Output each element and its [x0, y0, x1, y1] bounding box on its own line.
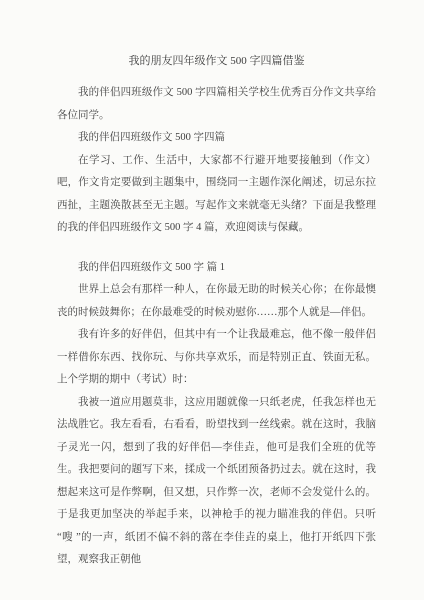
document-title: 我的朋友四年级作文 500 字四篇借鉴	[57, 50, 376, 72]
section-heading-pian1: 我的伴侣四班级作文 500 字 篇 1	[57, 257, 376, 280]
essay-paragraph-2: 我有许多的好伴侣，但其中有一个让我最难忘，他不像一般伴侣一样借你东西、找你玩、与…	[57, 324, 376, 392]
preface-paragraph: 在学习、工作、生活中，大家都不行避开地要接触到（作文）吧，作文肯定要做到主题集中…	[57, 150, 376, 240]
document-body: 我的伴侣四班级作文 500 字四篇相关学校生优秀百分作文共享给各位同学。我的伴侣…	[57, 82, 376, 572]
essay-paragraph-1: 世界上总会有那样一种人，在你最无助的时候关心你；在你最懊丧的时候鼓舞你；在你最难…	[57, 279, 376, 324]
document-page: 我的朋友四年级作文 500 字四篇借鉴 我的伴侣四班级作文 500 字四篇相关学…	[0, 0, 424, 600]
subtitle-line: 我的伴侣四班级作文 500 字四篇	[57, 127, 376, 150]
essay-paragraph-3: 我被一道应用题莫非，这应用题就像一只纸老虎，任我怎样也无法战胜它。我左看看，右看…	[57, 392, 376, 572]
intro-paragraph: 我的伴侣四班级作文 500 字四篇相关学校生优秀百分作文共享给各位同学。	[57, 82, 376, 127]
